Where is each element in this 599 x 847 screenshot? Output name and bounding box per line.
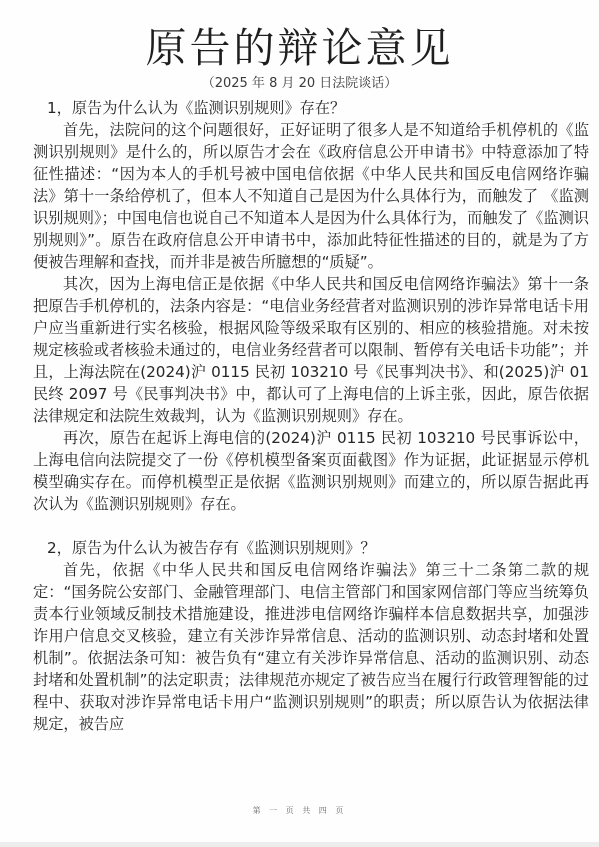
document-body: 1，原告为什么认为《监测识别规则》存在？ 首先，法院问的这个问题很好，正好证明了…: [33, 97, 589, 735]
page-subtitle: （2025 年 8 月 20 日法院谈话）: [0, 76, 599, 92]
paragraph: 首先，法院问的这个问题很好，正好证明了很多人是不知道给手机停机的《监测识别规则》…: [33, 119, 589, 273]
page-edge-divider: [0, 842, 599, 847]
page-number-footer: 第 一 页 共 四 页: [0, 805, 599, 816]
page-title: 原告的辩论意见: [0, 24, 599, 72]
section-question: 2，原告为什么认为被告存有《监测识别规则》？: [33, 537, 589, 559]
section-question: 1，原告为什么认为《监测识别规则》存在？: [33, 97, 589, 119]
paragraph: 首先，依据《中华人民共和国反电信网络诈骗法》第三十二条第二款的规定：“国务院公安…: [33, 559, 589, 735]
section-gap: [33, 515, 589, 537]
document-page: 原告的辩论意见 （2025 年 8 月 20 日法院谈话） 1，原告为什么认为《…: [0, 0, 599, 847]
paragraph: 再次，原告在起诉上海电信的(2024)沪 0115 民初 103210 号民事诉…: [33, 427, 589, 515]
paragraph: 其次，因为上海电信正是依据《中华人民共和国反电信网络诈骗法》第十一条把原告手机停…: [33, 273, 589, 427]
